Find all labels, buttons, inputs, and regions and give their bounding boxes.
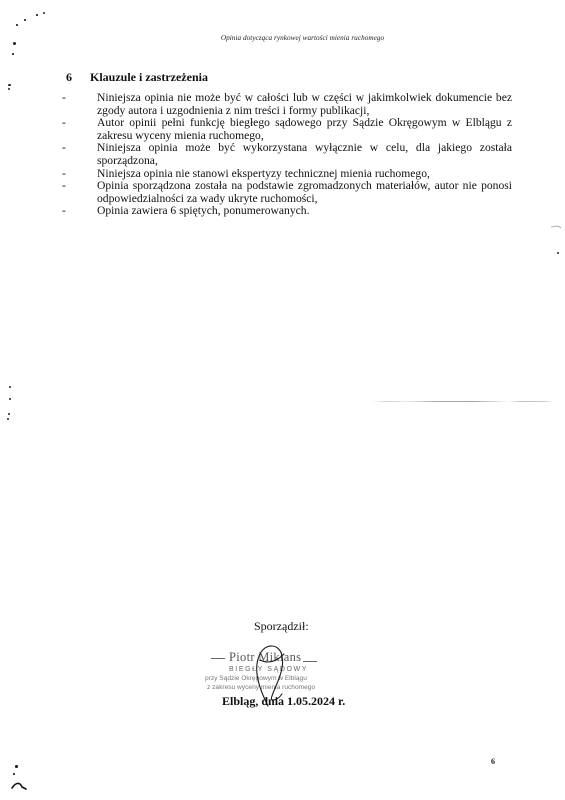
clause-text: Opinia sporządzona została na podstawie …	[97, 180, 512, 205]
stamp-name: Piotr Mikians	[211, 650, 317, 665]
scan-speck	[8, 88, 10, 90]
clause-list: - Niniejsza opinia nie może być w całośc…	[62, 92, 512, 218]
clause-item: - Niniejsza opinia nie może być w całośc…	[62, 92, 512, 117]
scan-speck	[13, 42, 16, 45]
scan-speck	[24, 19, 26, 21]
clause-item: - Opinia sporządzona została na podstawi…	[62, 180, 512, 205]
bullet-dash: -	[62, 117, 72, 130]
scan-speck	[557, 252, 559, 254]
stamp-scope: z zakresu wyceny mienia ruchomego	[207, 684, 315, 691]
clause-text: Autor opinii pełni funkcję biegłego sądo…	[97, 117, 512, 142]
page-number: 6	[491, 757, 495, 766]
scan-scribble-icon	[10, 780, 30, 792]
bullet-dash: -	[62, 142, 72, 155]
scan-speck	[12, 53, 14, 55]
scan-speck	[13, 773, 15, 775]
section-number: 6	[66, 70, 90, 85]
scan-scribble-icon	[550, 224, 562, 230]
stamp-court: przy Sądzie Okręgowym w Elblągu	[205, 675, 307, 682]
scan-speck	[8, 84, 11, 86]
stamp-title: BIEGŁY SĄDOWY	[229, 666, 308, 673]
signature-label: Sporządził:	[254, 619, 309, 634]
place-and-date: Elbląg, dnia 1.05.2024 r.	[222, 694, 345, 709]
document-page: Opinia dotycząca rynkowej wartości mieni…	[0, 0, 565, 800]
clause-item: - Opinia zawiera 6 spiętych, ponumerowan…	[62, 205, 512, 218]
clause-item: - Niniejsza opinia może być wykorzystana…	[62, 142, 512, 167]
clause-text: Opinia zawiera 6 spiętych, ponumerowanyc…	[97, 204, 309, 217]
scan-speck	[16, 24, 18, 26]
bullet-dash: -	[62, 92, 72, 105]
clause-text: Niniejsza opinia nie stanowi ekspertyzy …	[97, 167, 430, 180]
scan-speck	[9, 386, 11, 388]
scan-speck	[8, 413, 10, 415]
scan-speck	[7, 418, 9, 420]
scan-speck	[36, 14, 38, 16]
section-heading: 6Klauzule i zastrzeżenia	[66, 70, 208, 85]
bullet-dash: -	[62, 205, 72, 218]
clause-text: Niniejsza opinia może być wykorzystana w…	[97, 142, 512, 167]
scan-speck	[15, 765, 18, 768]
scan-artifact-line	[372, 401, 554, 402]
clause-item: - Autor opinii pełni funkcję biegłego są…	[62, 117, 512, 142]
scan-speck	[43, 12, 45, 14]
section-title: Klauzule i zastrzeżenia	[90, 70, 208, 84]
running-header: Opinia dotycząca rynkowej wartości mieni…	[0, 34, 565, 42]
bullet-dash: -	[62, 180, 72, 193]
scan-speck	[9, 398, 11, 400]
clause-text: Niniejsza opinia nie może być w całości …	[97, 92, 512, 117]
